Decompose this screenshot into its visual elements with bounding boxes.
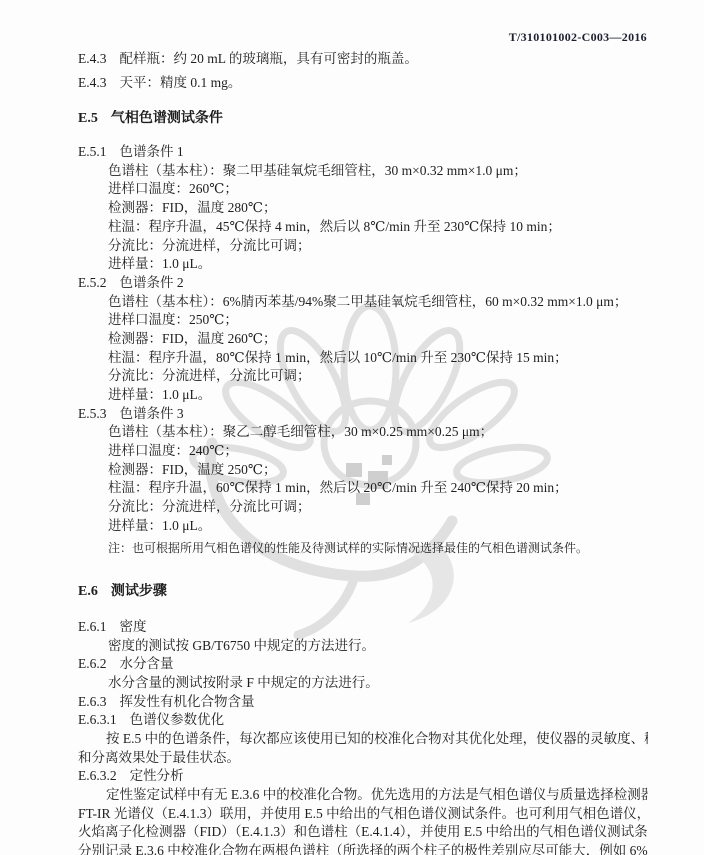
condition-line: 检测器：FID，温度 250℃； <box>78 461 648 480</box>
clause-title: 色谱仪参数优化 <box>130 712 225 727</box>
section-number: E.5 <box>78 110 98 129</box>
paragraph-line: 分别记录 E.3.6 中校准化合物在两根色谱柱（所选择的两个柱子的极性差别应尽可… <box>78 842 648 855</box>
condition-line: 分流比：分流进样，分流比可调； <box>78 498 648 517</box>
subsection-heading: E.6.1密度 <box>78 618 648 637</box>
condition-line: 色谱柱（基本柱）：聚乙二醇毛细管柱，30 m×0.25 mm×0.25 μm； <box>78 423 648 442</box>
condition-heading: E.5.1色谱条件 1 <box>78 143 648 162</box>
condition-line: 进样量：1.0 μL。 <box>78 517 648 536</box>
condition-line: 分流比：分流进样，分流比可调； <box>78 237 648 256</box>
paragraph-line: 定性鉴定试样中有无 E.3.6 中的校准化合物。优先选用的方法是气相色谱仪与质量… <box>78 786 648 805</box>
clause-number: E.4.3 <box>78 74 107 93</box>
document-page: T/310101002-C003—2016 E.4.3配样瓶：约 20 mL 的… <box>0 0 704 855</box>
clause-number: E.6.3 <box>78 693 107 712</box>
document-body: E.4.3配样瓶：约 20 mL 的玻璃瓶，具有可密封的瓶盖。 E.4.3天平：… <box>78 50 648 855</box>
condition-line: 进样量：1.0 μL。 <box>78 255 648 274</box>
clause-title: 密度 <box>120 619 147 634</box>
clause-text: 配样瓶：约 20 mL 的玻璃瓶，具有可密封的瓶盖。 <box>120 51 418 66</box>
clause-text: 天平：精度 0.1 mg。 <box>120 75 242 90</box>
clause-title: 色谱条件 1 <box>120 144 184 159</box>
condition-line: 分流比：分流进样，分流比可调； <box>78 367 648 386</box>
subsection-heading: E.6.2水分含量 <box>78 655 648 674</box>
condition-heading: E.5.3色谱条件 3 <box>78 405 648 424</box>
condition-line: 色谱柱（基本柱）：聚二甲基硅氧烷毛细管柱，30 m×0.32 mm×1.0 μm… <box>78 162 648 181</box>
clause-number: E.5.2 <box>78 274 107 293</box>
clause-line: E.4.3配样瓶：约 20 mL 的玻璃瓶，具有可密封的瓶盖。 <box>78 50 648 69</box>
clause-number: E.5.1 <box>78 143 107 162</box>
section-number: E.6 <box>78 583 98 602</box>
paragraph-line: FT-IR 光谱仪（E.4.1.3）联用，并使用 E.5 中给出的气相色谱仪测试… <box>78 805 648 824</box>
paragraph-line: 和分离效果处于最佳状态。 <box>78 749 648 768</box>
paragraph-line: 按 E.5 中的色谱条件，每次都应该使用已知的校准化合物对其优化处理，使仪器的灵… <box>78 730 648 749</box>
clause-number: E.5.3 <box>78 405 107 424</box>
section-heading-e5: E.5气相色谱测试条件 <box>78 110 648 129</box>
condition-line: 进样口温度：240℃； <box>78 442 648 461</box>
standard-number: T/310101002-C003—2016 <box>509 30 647 45</box>
condition-line: 柱温：程序升温，80℃保持 1 min，然后以 10℃/min 升至 230℃保… <box>78 349 648 368</box>
clause-title: 水分含量 <box>120 656 174 671</box>
clause-number: E.6.3.2 <box>78 767 117 786</box>
clause-title: 定性分析 <box>130 768 184 783</box>
clause-title: 挥发性有机化合物含量 <box>120 694 255 709</box>
clause-number: E.6.2 <box>78 655 107 674</box>
clause-title: 色谱条件 3 <box>120 406 184 421</box>
condition-line: 检测器：FID，温度 280℃； <box>78 199 648 218</box>
subsection-heading: E.6.3.2定性分析 <box>78 767 648 786</box>
clause-title: 色谱条件 2 <box>120 275 184 290</box>
subsection-heading: E.6.3挥发性有机化合物含量 <box>78 693 648 712</box>
paragraph-line: 火焰离子化检测器（FID）（E.4.1.3）和色谱柱（E.4.1.4），并使用 … <box>78 823 648 842</box>
clause-number: E.6.3.1 <box>78 711 117 730</box>
body-line: 水分含量的测试按附录 F 中规定的方法进行。 <box>78 674 648 693</box>
condition-line: 进样口温度：260℃； <box>78 180 648 199</box>
condition-line: 柱温：程序升温，60℃保持 1 min，然后以 20℃/min 升至 240℃保… <box>78 479 648 498</box>
clause-line: E.4.3天平：精度 0.1 mg。 <box>78 74 648 93</box>
condition-heading: E.5.2色谱条件 2 <box>78 274 648 293</box>
subsection-heading: E.6.3.1色谱仪参数优化 <box>78 711 648 730</box>
condition-line: 柱温：程序升温，45℃保持 4 min，然后以 8℃/min 升至 230℃保持… <box>78 218 648 237</box>
condition-line: 进样量：1.0 μL。 <box>78 386 648 405</box>
section-heading-e6: E.6测试步骤 <box>78 583 648 602</box>
body-line: 密度的测试按 GB/T6750 中规定的方法进行。 <box>78 637 648 656</box>
clause-number: E.6.1 <box>78 618 107 637</box>
condition-line: 色谱柱（基本柱）：6%腈丙苯基/94%聚二甲基硅氧烷毛细管柱，60 m×0.32… <box>78 293 648 312</box>
section-title: 气相色谱测试条件 <box>111 111 223 126</box>
clause-number: E.4.3 <box>78 50 107 69</box>
condition-line: 检测器：FID，温度 260℃； <box>78 330 648 349</box>
section-title: 测试步骤 <box>111 584 167 599</box>
condition-line: 进样口温度：250℃； <box>78 311 648 330</box>
note-line: 注：也可根据所用气相色谱仪的性能及待测试样的实际情况选择最佳的气相色谱测试条件。 <box>78 539 648 558</box>
